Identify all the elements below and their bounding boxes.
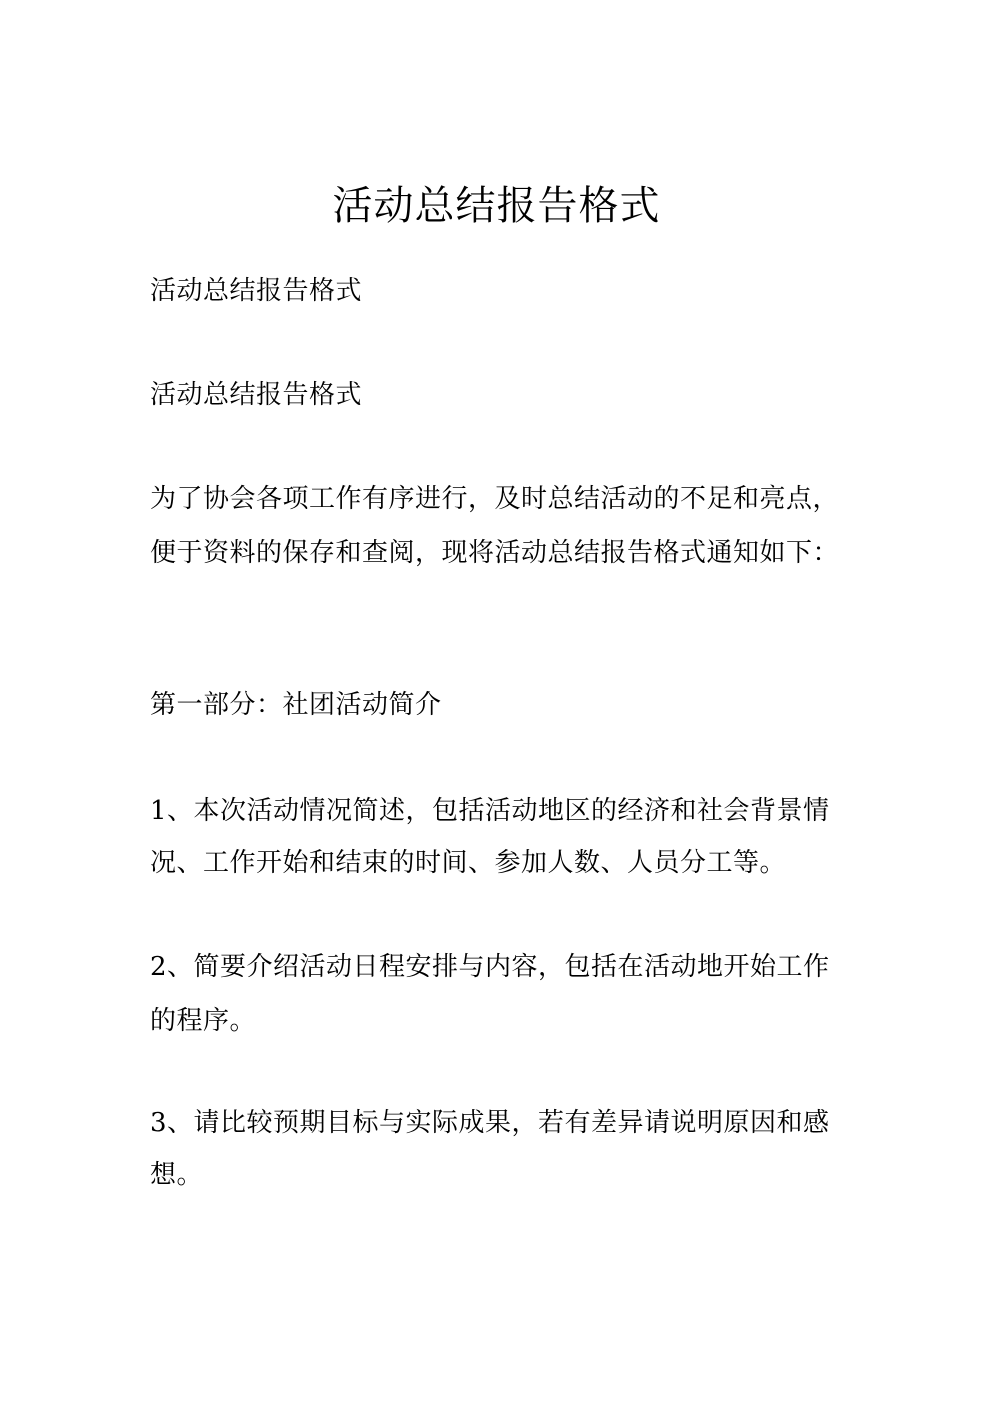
item-2-line-2: 的程序。	[150, 1008, 840, 1035]
intro-paragraph-line-2: 便于资料的保存和查阅，现将活动总结报告格式通知如下：	[150, 540, 840, 567]
document-title: 活动总结报告格式	[0, 180, 993, 232]
section-heading-part-one: 第一部分：社团活动简介	[150, 692, 840, 719]
item-3-line-2: 想。	[150, 1162, 840, 1189]
intro-paragraph-line-1: 为了协会各项工作有序进行，及时总结活动的不足和亮点，	[150, 486, 840, 513]
item-2-line-1: 2、简要介绍活动日程安排与内容，包括在活动地开始工作	[150, 954, 840, 981]
item-3-line-1: 3、请比较预期目标与实际成果，若有差异请说明原因和感	[150, 1110, 840, 1137]
subtitle-line-2: 活动总结报告格式	[150, 382, 840, 409]
item-1-line-1: 1、本次活动情况简述，包括活动地区的经济和社会背景情	[150, 798, 840, 825]
item-1-line-2: 况、工作开始和结束的时间、参加人数、人员分工等。	[150, 850, 840, 877]
subtitle-line-1: 活动总结报告格式	[150, 278, 840, 305]
